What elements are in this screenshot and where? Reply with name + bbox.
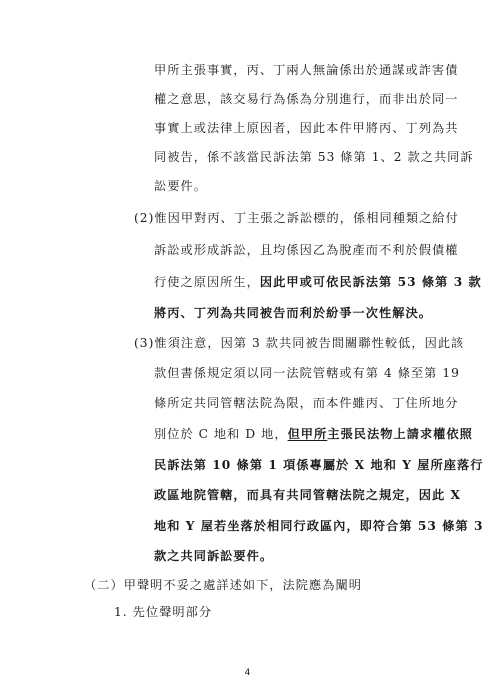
page-number: 4 (0, 668, 495, 678)
list-marker: (3) (134, 336, 154, 350)
list-item-text: 惟因甲對丙、丁主張之訴訟標的，係相同種類之給付 (154, 211, 458, 225)
bold-line: 款之共同訴訟要件。 (154, 548, 273, 564)
paragraph-line: 同被告，係不該當民訴法第 53 條第 1、2 款之共同訴 (154, 149, 474, 165)
paragraph-line: 訴訟或形成訴訟，且均係因乙為脫產而不利於假債權 (154, 242, 458, 258)
list-item-2: (2)惟因甲對丙、丁主張之訴訟標的，係相同種類之給付 (134, 210, 459, 226)
bold-text: 因此甲或可依民訴法第 53 條第 3 款 (260, 275, 482, 289)
plain-text: 別位於 C 地和 D 地， (154, 427, 288, 441)
paragraph-line: 款但書係規定須以同一法院管轄或有第 4 條至第 19 (154, 365, 460, 381)
document-page: 甲所主張事實，丙、丁兩人無論係出於通謀或詐害債 權之意思，該交易行為係為分別進行… (0, 0, 495, 700)
paragraph-line: 事實上或法律上原因者，因此本件甲將丙、丁列為共 (154, 120, 458, 136)
plain-text: 行使之原因所生， (154, 275, 260, 289)
paragraph-line: 權之意思，該交易行為係為分別進行，而非出於同一 (154, 91, 458, 107)
bold-line: 政區地院管轄，而具有共同管轄法院之規定，因此 X (154, 487, 461, 503)
subsection-heading: 1. 先位聲明部分 (114, 604, 212, 620)
paragraph-line: 別位於 C 地和 D 地，但甲所主張民法物上請求權依照 (154, 426, 473, 442)
bold-text: 主張民法物上請求權依照 (327, 427, 473, 441)
paragraph-line: 行使之原因所生，因此甲或可依民訴法第 53 條第 3 款 (154, 274, 482, 290)
bold-line: 民訴法第 10 條第 1 項係專屬於 X 地和 Y 屋所座落行 (154, 457, 483, 473)
bold-line: 將丙、丁列為共同被告而利於紛爭一次性解決。 (154, 305, 432, 321)
section-heading: （二）甲聲明不妥之處詳述如下，法院應為闡明 (84, 577, 362, 593)
list-item-text: 惟須注意，因第 3 款共同被告間關聯性較低，因此該 (154, 336, 464, 350)
list-marker: (2) (134, 211, 154, 225)
paragraph-line: 甲所主張事實，丙、丁兩人無論係出於通謀或詐害債 (154, 62, 458, 78)
paragraph-line: 條所定共同管轄法院為限，而本件雖丙、丁住所地分 (154, 395, 458, 411)
paragraph-line: 訟要件。 (154, 178, 207, 194)
bold-line: 地和 Y 屋若坐落於相同行政區內，即符合第 53 條第 3 (154, 518, 484, 534)
list-item-3: (3)惟須注意，因第 3 款共同被告間關聯性較低，因此該 (134, 335, 464, 351)
bold-underlined-text: 但甲所 (288, 427, 328, 441)
